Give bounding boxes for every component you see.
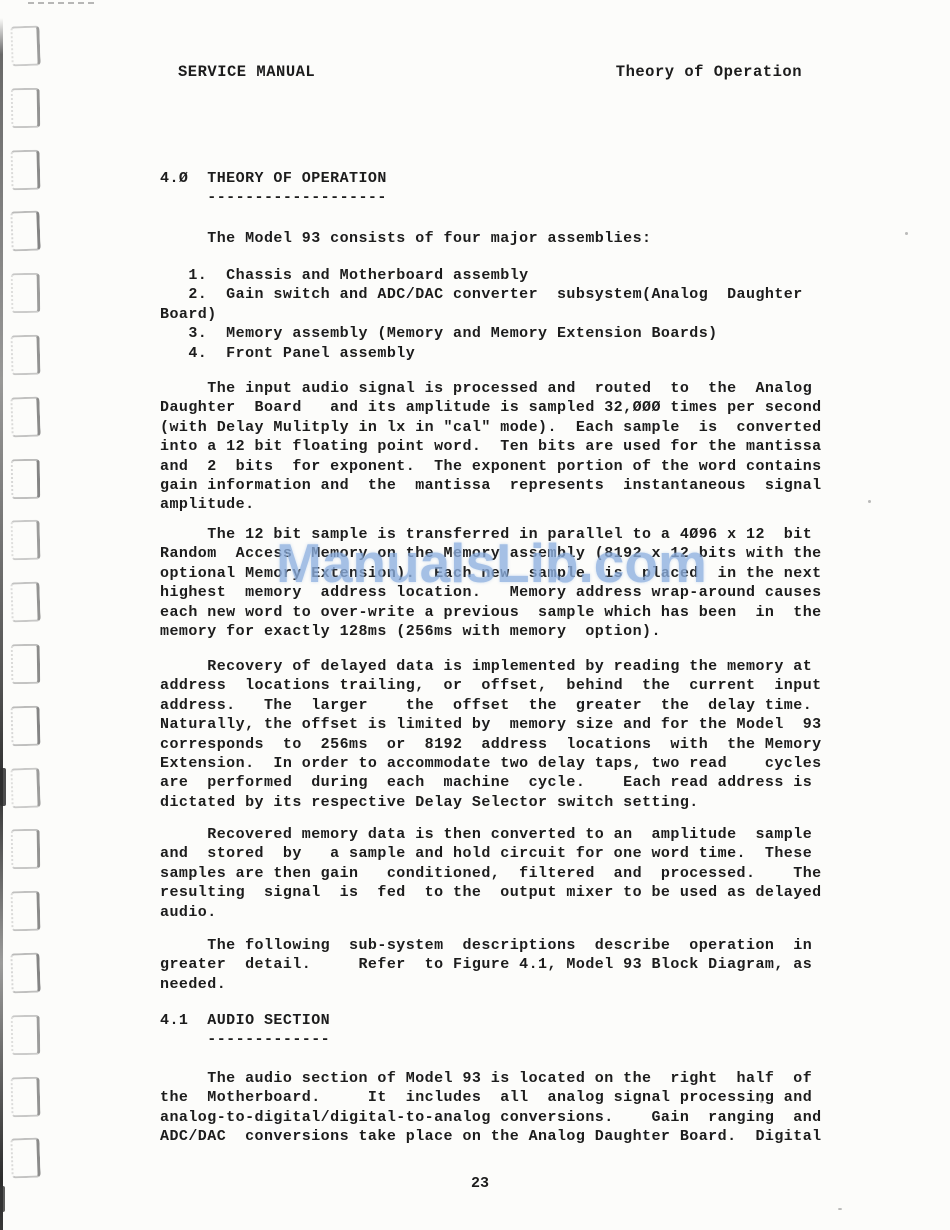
- paragraph-audio-section: The audio section of Model 93 is located…: [160, 1069, 822, 1147]
- scan-speck: [868, 500, 871, 503]
- binding-hole: [10, 335, 40, 376]
- binding-hole: [11, 1015, 41, 1056]
- binding-hole: [10, 1138, 40, 1179]
- left-scan-edge-line: [0, 18, 3, 1230]
- binding-hole: [11, 273, 41, 314]
- page-number: 23: [160, 1175, 800, 1192]
- section-heading-4-0: 4.Ø THEORY OF OPERATION ----------------…: [160, 169, 387, 208]
- binding-hole: [10, 705, 40, 746]
- scan-speck: [838, 1208, 842, 1210]
- binding-hole: [10, 520, 40, 561]
- paragraph-intro: The Model 93 consists of four major asse…: [160, 229, 651, 248]
- scanned-manual-page: SERVICE MANUAL Theory of Operation 4.Ø T…: [0, 0, 950, 1230]
- binding-hole: [11, 458, 41, 499]
- paragraph-subsystem-intro: The following sub-system descriptions de…: [160, 936, 812, 994]
- header-right-title: Theory of Operation: [616, 63, 802, 81]
- binding-hole: [10, 767, 40, 808]
- binding-hole: [10, 891, 40, 932]
- assemblies-list: 1. Chassis and Motherboard assembly 2. G…: [160, 266, 803, 363]
- scan-ink-blob: [0, 768, 6, 806]
- header-left-title: SERVICE MANUAL: [178, 63, 315, 81]
- binding-hole: [10, 149, 40, 190]
- paragraph-input-audio: The input audio signal is processed and …: [160, 379, 822, 515]
- paragraph-memory: The 12 bit sample is transferred in para…: [160, 525, 822, 641]
- paragraph-recovered-data: Recovered memory data is then converted …: [160, 825, 822, 922]
- scan-speck: [905, 232, 908, 235]
- binding-hole: [11, 88, 41, 129]
- binding-hole: [11, 829, 41, 870]
- binding-hole: [10, 396, 40, 437]
- binding-hole: [10, 211, 40, 252]
- binding-hole: [10, 1076, 40, 1117]
- binding-hole: [10, 26, 40, 67]
- binding-hole: [11, 644, 41, 685]
- paragraph-recovery: Recovery of delayed data is implemented …: [160, 657, 822, 812]
- top-scan-dash-mark: [28, 2, 94, 4]
- scan-ink-blob: [0, 1186, 5, 1212]
- page-header: SERVICE MANUAL Theory of Operation: [178, 63, 802, 81]
- section-heading-4-1: 4.1 AUDIO SECTION -------------: [160, 1011, 330, 1050]
- binding-hole: [10, 953, 40, 994]
- binding-hole: [10, 582, 40, 623]
